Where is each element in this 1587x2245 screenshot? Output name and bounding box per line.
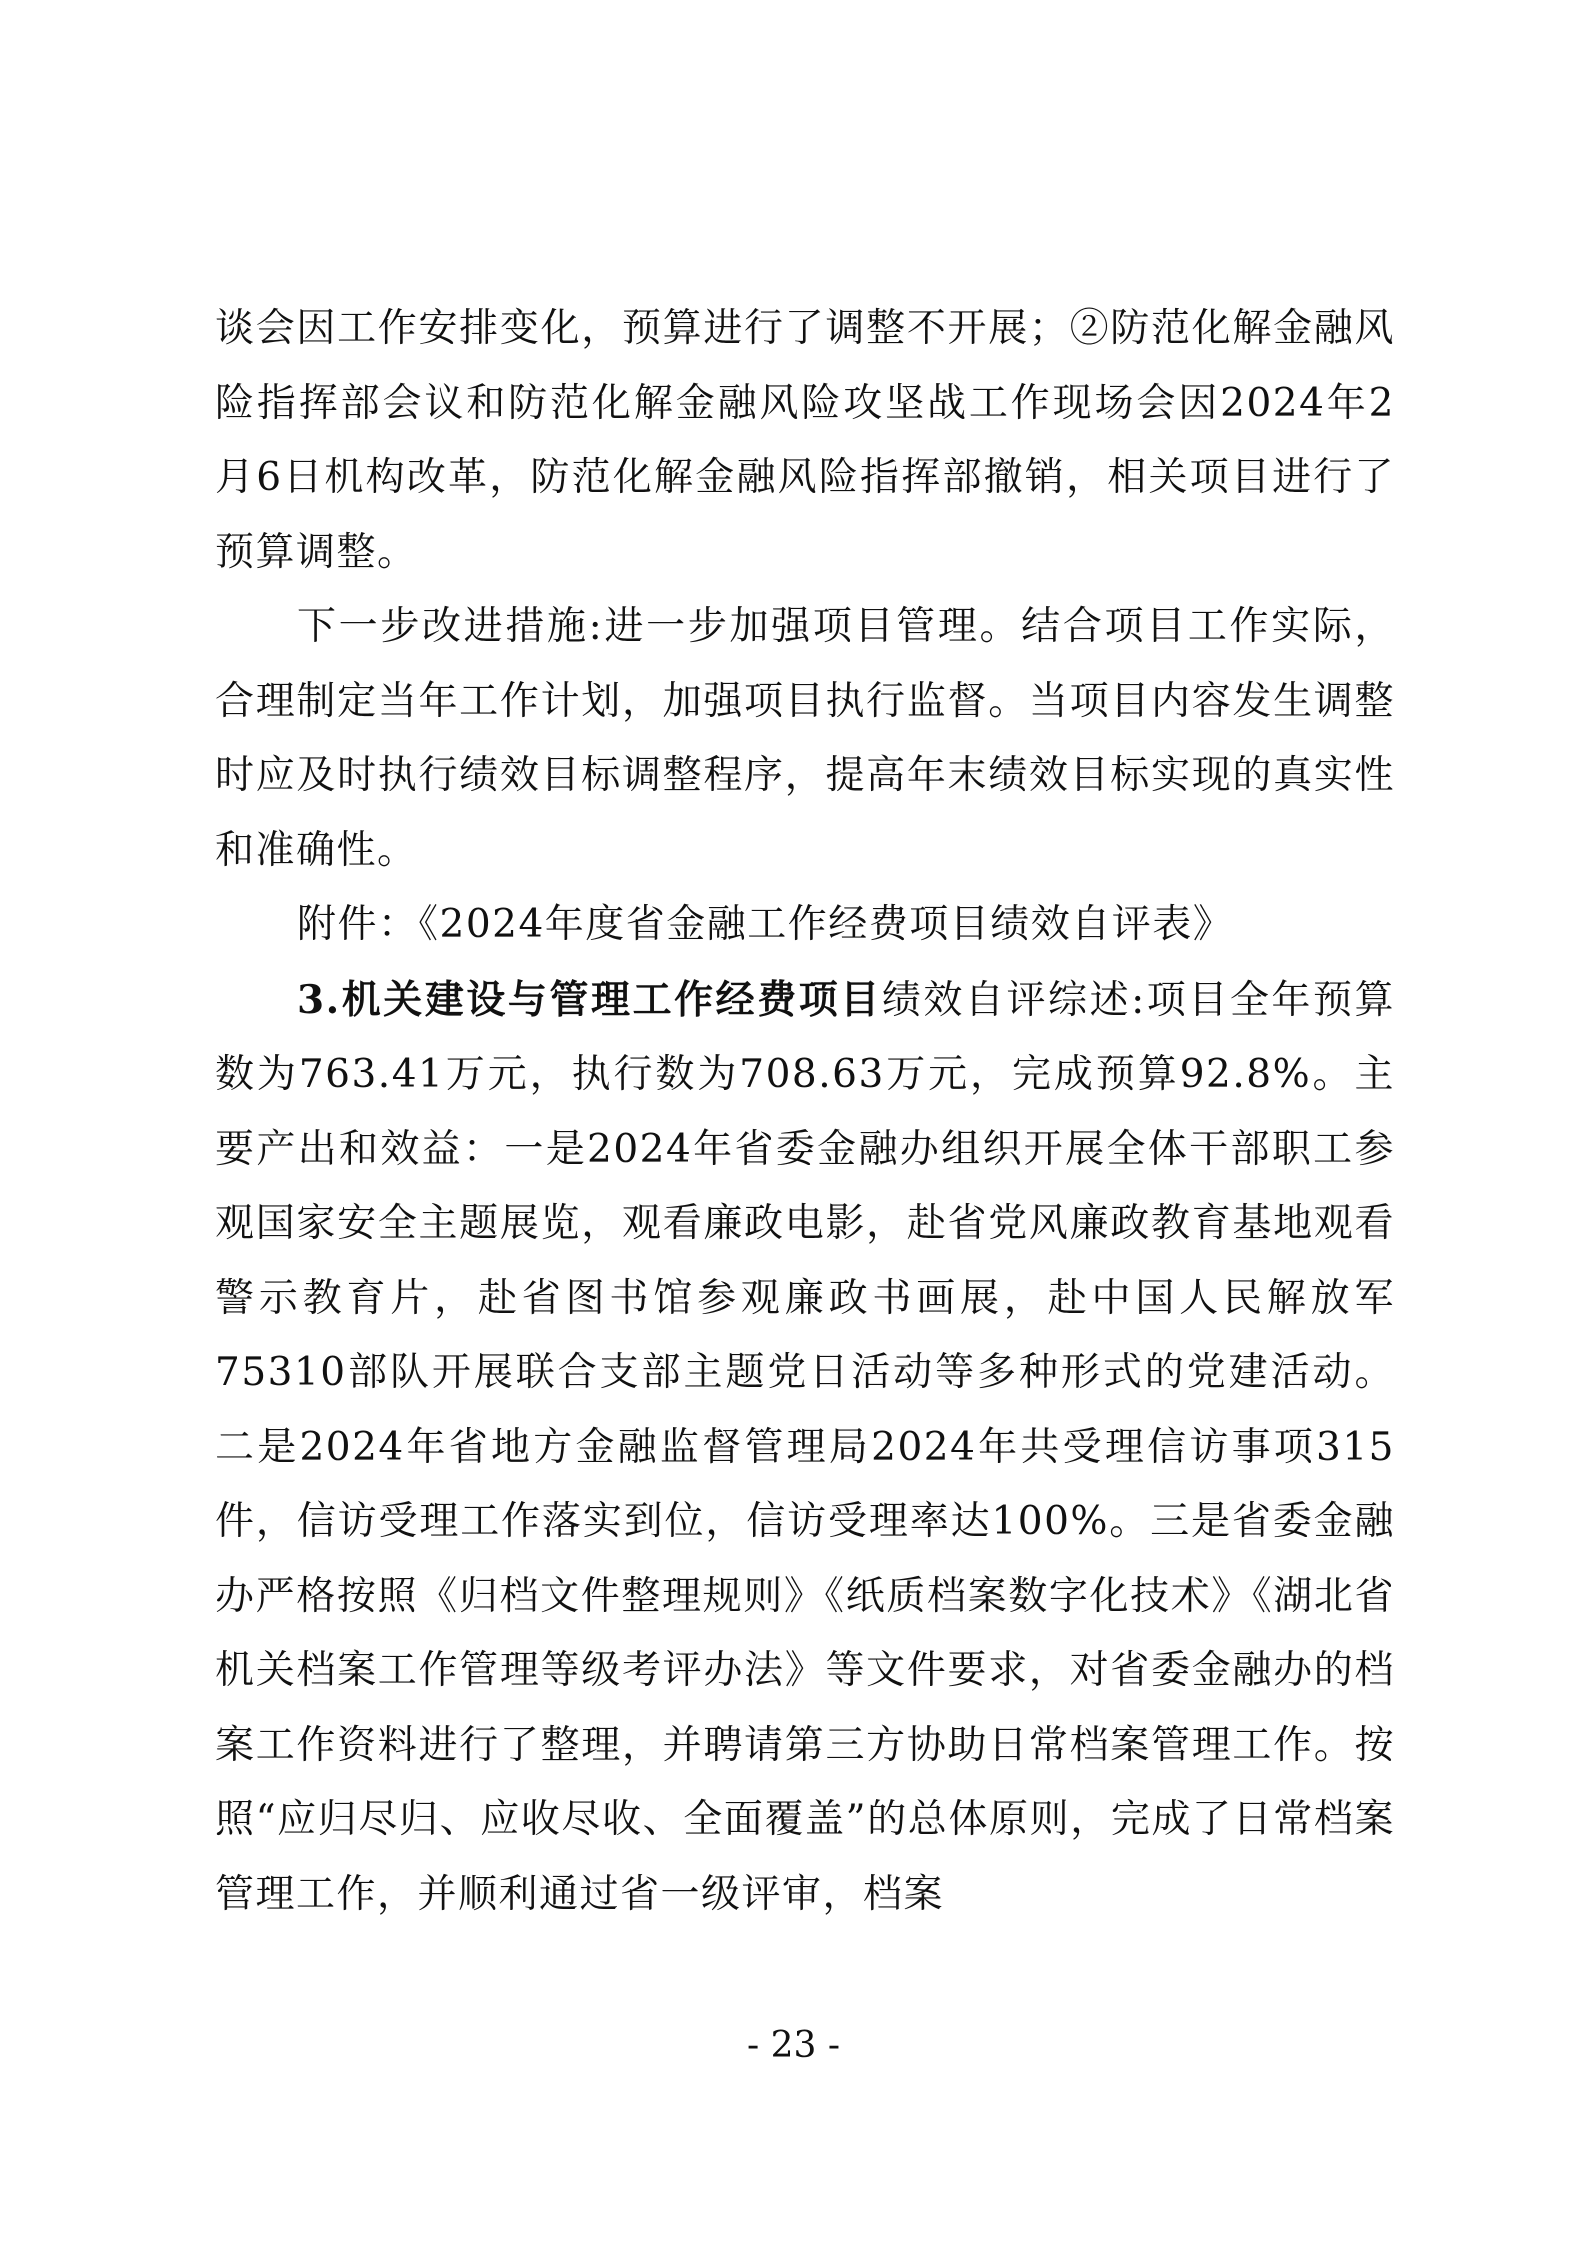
paragraph-text: 附件：《2024年度省金融工作经费项目绩效自评表》 bbox=[297, 902, 1233, 947]
paragraph-improvement-measures: 下一步改进措施:进一步加强项目管理。结合项目工作实际，合理制定当年工作计划，加强… bbox=[215, 590, 1395, 888]
section-heading: 3.机关建设与管理工作经费项目 bbox=[297, 977, 882, 1023]
paragraph-attachment: 附件：《2024年度省金融工作经费项目绩效自评表》 bbox=[215, 888, 1395, 963]
paragraph-budget-adjustment: 谈会因工作安排变化，预算进行了调整不开展；②防范化解金融风险指挥部会议和防范化解… bbox=[215, 292, 1395, 590]
document-page: 谈会因工作安排变化，预算进行了调整不开展；②防范化解金融风险指挥部会议和防范化解… bbox=[0, 0, 1587, 2245]
document-body: 谈会因工作安排变化，预算进行了调整不开展；②防范化解金融风险指挥部会议和防范化解… bbox=[215, 292, 1395, 1932]
page-number: - 23 - bbox=[0, 2025, 1587, 2066]
paragraph-text: 绩效自评综述:项目全年预算数为763.41万元，执行数为708.63万元，完成预… bbox=[215, 978, 1395, 1917]
paragraph-project-3-summary: 3.机关建设与管理工作经费项目绩效自评综述:项目全年预算数为763.41万元，执… bbox=[215, 963, 1395, 1933]
paragraph-text: 下一步改进措施:进一步加强项目管理。结合项目工作实际，合理制定当年工作计划，加强… bbox=[215, 604, 1395, 873]
paragraph-text: 谈会因工作安排变化，预算进行了调整不开展；②防范化解金融风险指挥部会议和防范化解… bbox=[215, 306, 1395, 575]
